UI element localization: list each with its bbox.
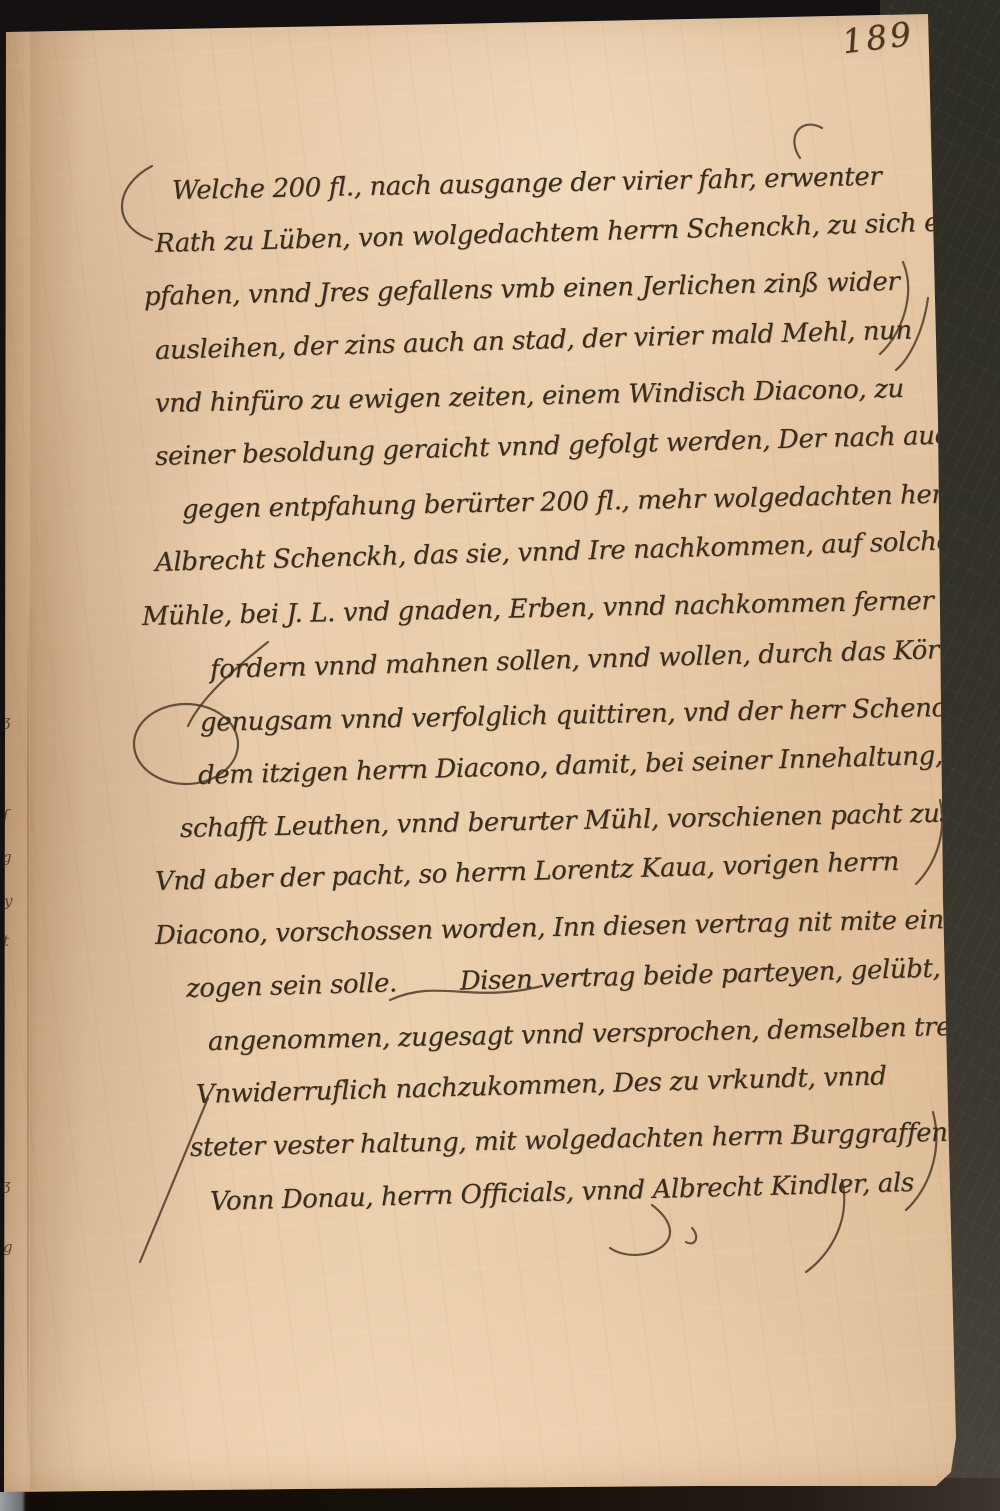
gutter-shadow bbox=[30, 28, 102, 1490]
facing-page-ink-trace: y bbox=[4, 892, 14, 912]
facing-page-ink-trace: g bbox=[2, 848, 12, 868]
facing-page-ink-trace: ſ bbox=[3, 806, 13, 826]
manuscript-photo: ʒ ſ g y t ʒ g 189 Welche 200 fl., nach a… bbox=[0, 0, 1000, 1511]
facing-page-ink-trace: ʒ bbox=[2, 1176, 12, 1196]
gutter-crease bbox=[27, 610, 29, 1490]
manuscript-page: ʒ ſ g y t ʒ g 189 Welche 200 fl., nach a… bbox=[0, 0, 1000, 1511]
small-hook bbox=[686, 1228, 696, 1243]
facing-page-ink-trace: t bbox=[3, 932, 13, 952]
table-corner-sliver bbox=[0, 1492, 26, 1511]
page-number: 189 bbox=[840, 14, 916, 61]
facing-page-ink-trace: ʒ bbox=[2, 712, 12, 732]
manuscript-text: Welche 200 fl., nach ausgange der virier… bbox=[140, 165, 940, 1229]
facing-page-ink-trace: g bbox=[3, 1238, 13, 1258]
